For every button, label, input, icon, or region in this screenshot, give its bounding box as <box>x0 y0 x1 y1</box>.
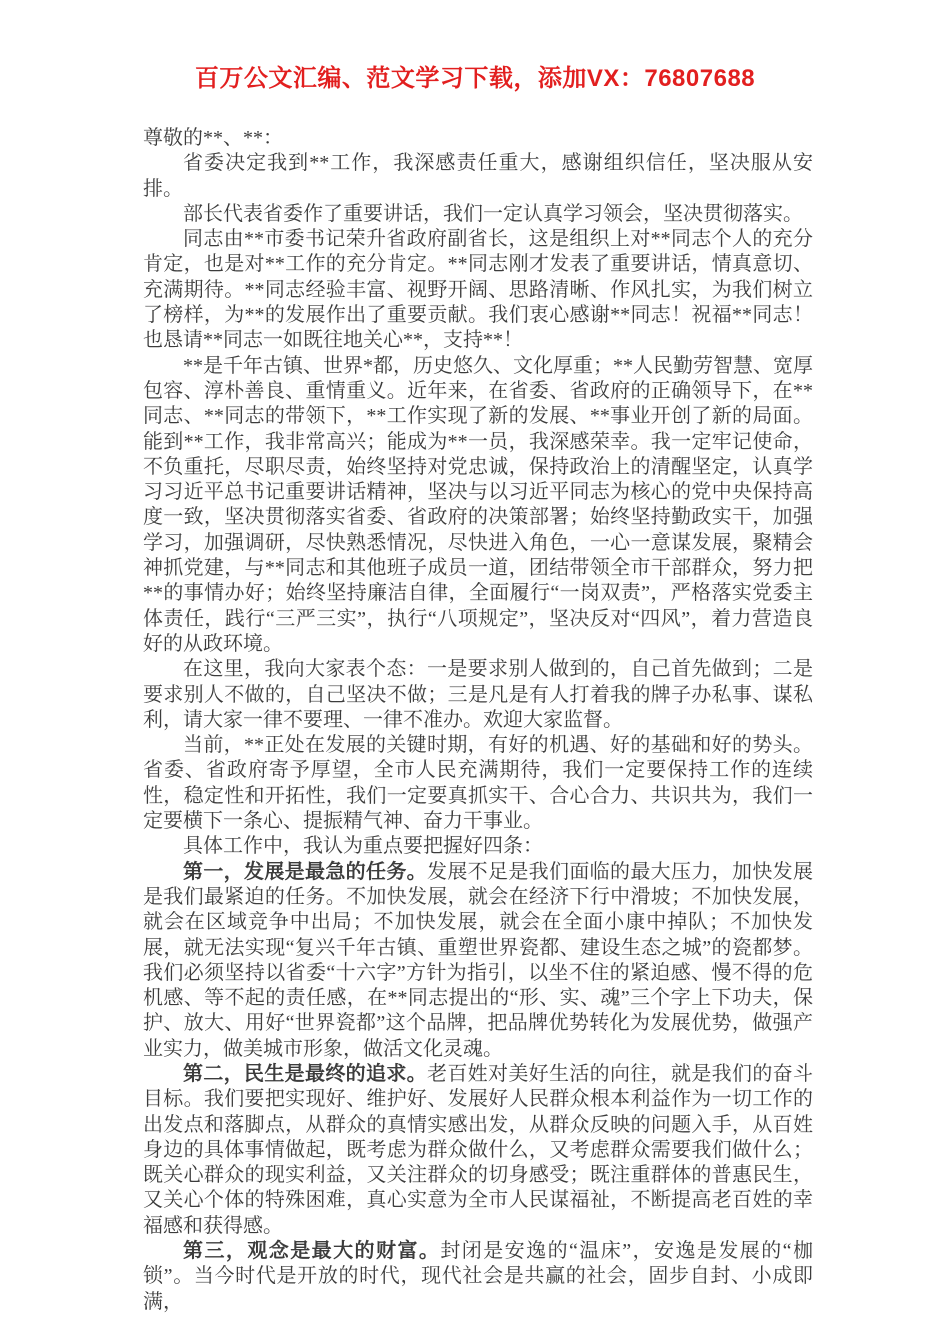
promo-header-text: 百万公文汇编、范文学习下载，添加VX：76807688 <box>0 64 950 94</box>
paragraph-text: 在这里，我向大家表个态：一是要求别人做到的，自己首先做到；二是要求别人不做的，自… <box>143 658 813 731</box>
paragraph-text: 老百姓对美好生活的向往，就是我们的奋斗目标。我们要把实现好、维护好、发展好人民群… <box>143 1063 813 1237</box>
paragraph-lead: 第二，民生是最终的追求。 <box>183 1063 427 1085</box>
paragraph: 在这里，我向大家表个态：一是要求别人做到的，自己首先做到；二是要求别人不做的，自… <box>143 657 813 733</box>
paragraph-text: **是千年古镇、世界*都，历史悠久、文化厚重；**人民勤劳智慧、宽厚包容、淳朴善… <box>143 355 813 655</box>
paragraph: 第一，发展是最急的任务。发展不足是我们面临的最大压力，加快发展是我们最紧迫的任务… <box>143 860 813 1062</box>
paragraph-lead: 第三，观念是最大的财富。 <box>183 1240 440 1262</box>
paragraph: 具体工作中，我认为重点要把握好四条： <box>143 834 813 859</box>
paragraph: 尊敬的**、**： <box>143 126 813 151</box>
paragraph-text: 同志由**市委书记荣升省政府副省长，这是组织上对**同志个人的充分肯定，也是对*… <box>143 228 813 351</box>
paragraph: 部长代表省委作了重要讲话，我们一定认真学习领会，坚决贯彻落实。 <box>143 202 813 227</box>
document-body: 尊敬的**、**： 省委决定我到**工作，我深感责任重大，感谢组织信任，坚决服从… <box>143 126 813 1315</box>
paragraph-text: 发展不足是我们面临的最大压力，加快发展是我们最紧迫的任务。不加快发展，就会在经济… <box>143 861 813 1060</box>
paragraph-lead: 第一，发展是最急的任务。 <box>183 861 427 883</box>
paragraph: 省委决定我到**工作，我深感责任重大，感谢组织信任，坚决服从安排。 <box>143 151 813 202</box>
paragraph-text: 具体工作中，我认为重点要把握好四条： <box>183 835 543 857</box>
paragraph: 同志由**市委书记荣升省政府副省长，这是组织上对**同志个人的充分肯定，也是对*… <box>143 227 813 353</box>
paragraph-text: 当前，**正处在发展的关键时期，有好的机遇、好的基础和好的势头。省委、省政府寄予… <box>143 734 813 832</box>
paragraph: 第二，民生是最终的追求。老百姓对美好生活的向往，就是我们的奋斗目标。我们要把实现… <box>143 1062 813 1239</box>
document-page: 百万公文汇编、范文学习下载，添加VX：76807688 尊敬的**、**： 省委… <box>0 0 950 1344</box>
paragraph-text: 省委决定我到**工作，我深感责任重大，感谢组织信任，坚决服从安排。 <box>143 152 813 199</box>
paragraph: 当前，**正处在发展的关键时期，有好的机遇、好的基础和好的势头。省委、省政府寄予… <box>143 733 813 834</box>
paragraph-text: 尊敬的**、**： <box>143 127 283 149</box>
paragraph: 第三，观念是最大的财富。封闭是安逸的“温床”，安逸是发展的“枷锁”。当今时代是开… <box>143 1239 813 1315</box>
paragraph-text: 部长代表省委作了重要讲话，我们一定认真学习领会，坚决贯彻落实。 <box>183 203 803 225</box>
paragraph: **是千年古镇、世界*都，历史悠久、文化厚重；**人民勤劳智慧、宽厚包容、淳朴善… <box>143 354 813 658</box>
